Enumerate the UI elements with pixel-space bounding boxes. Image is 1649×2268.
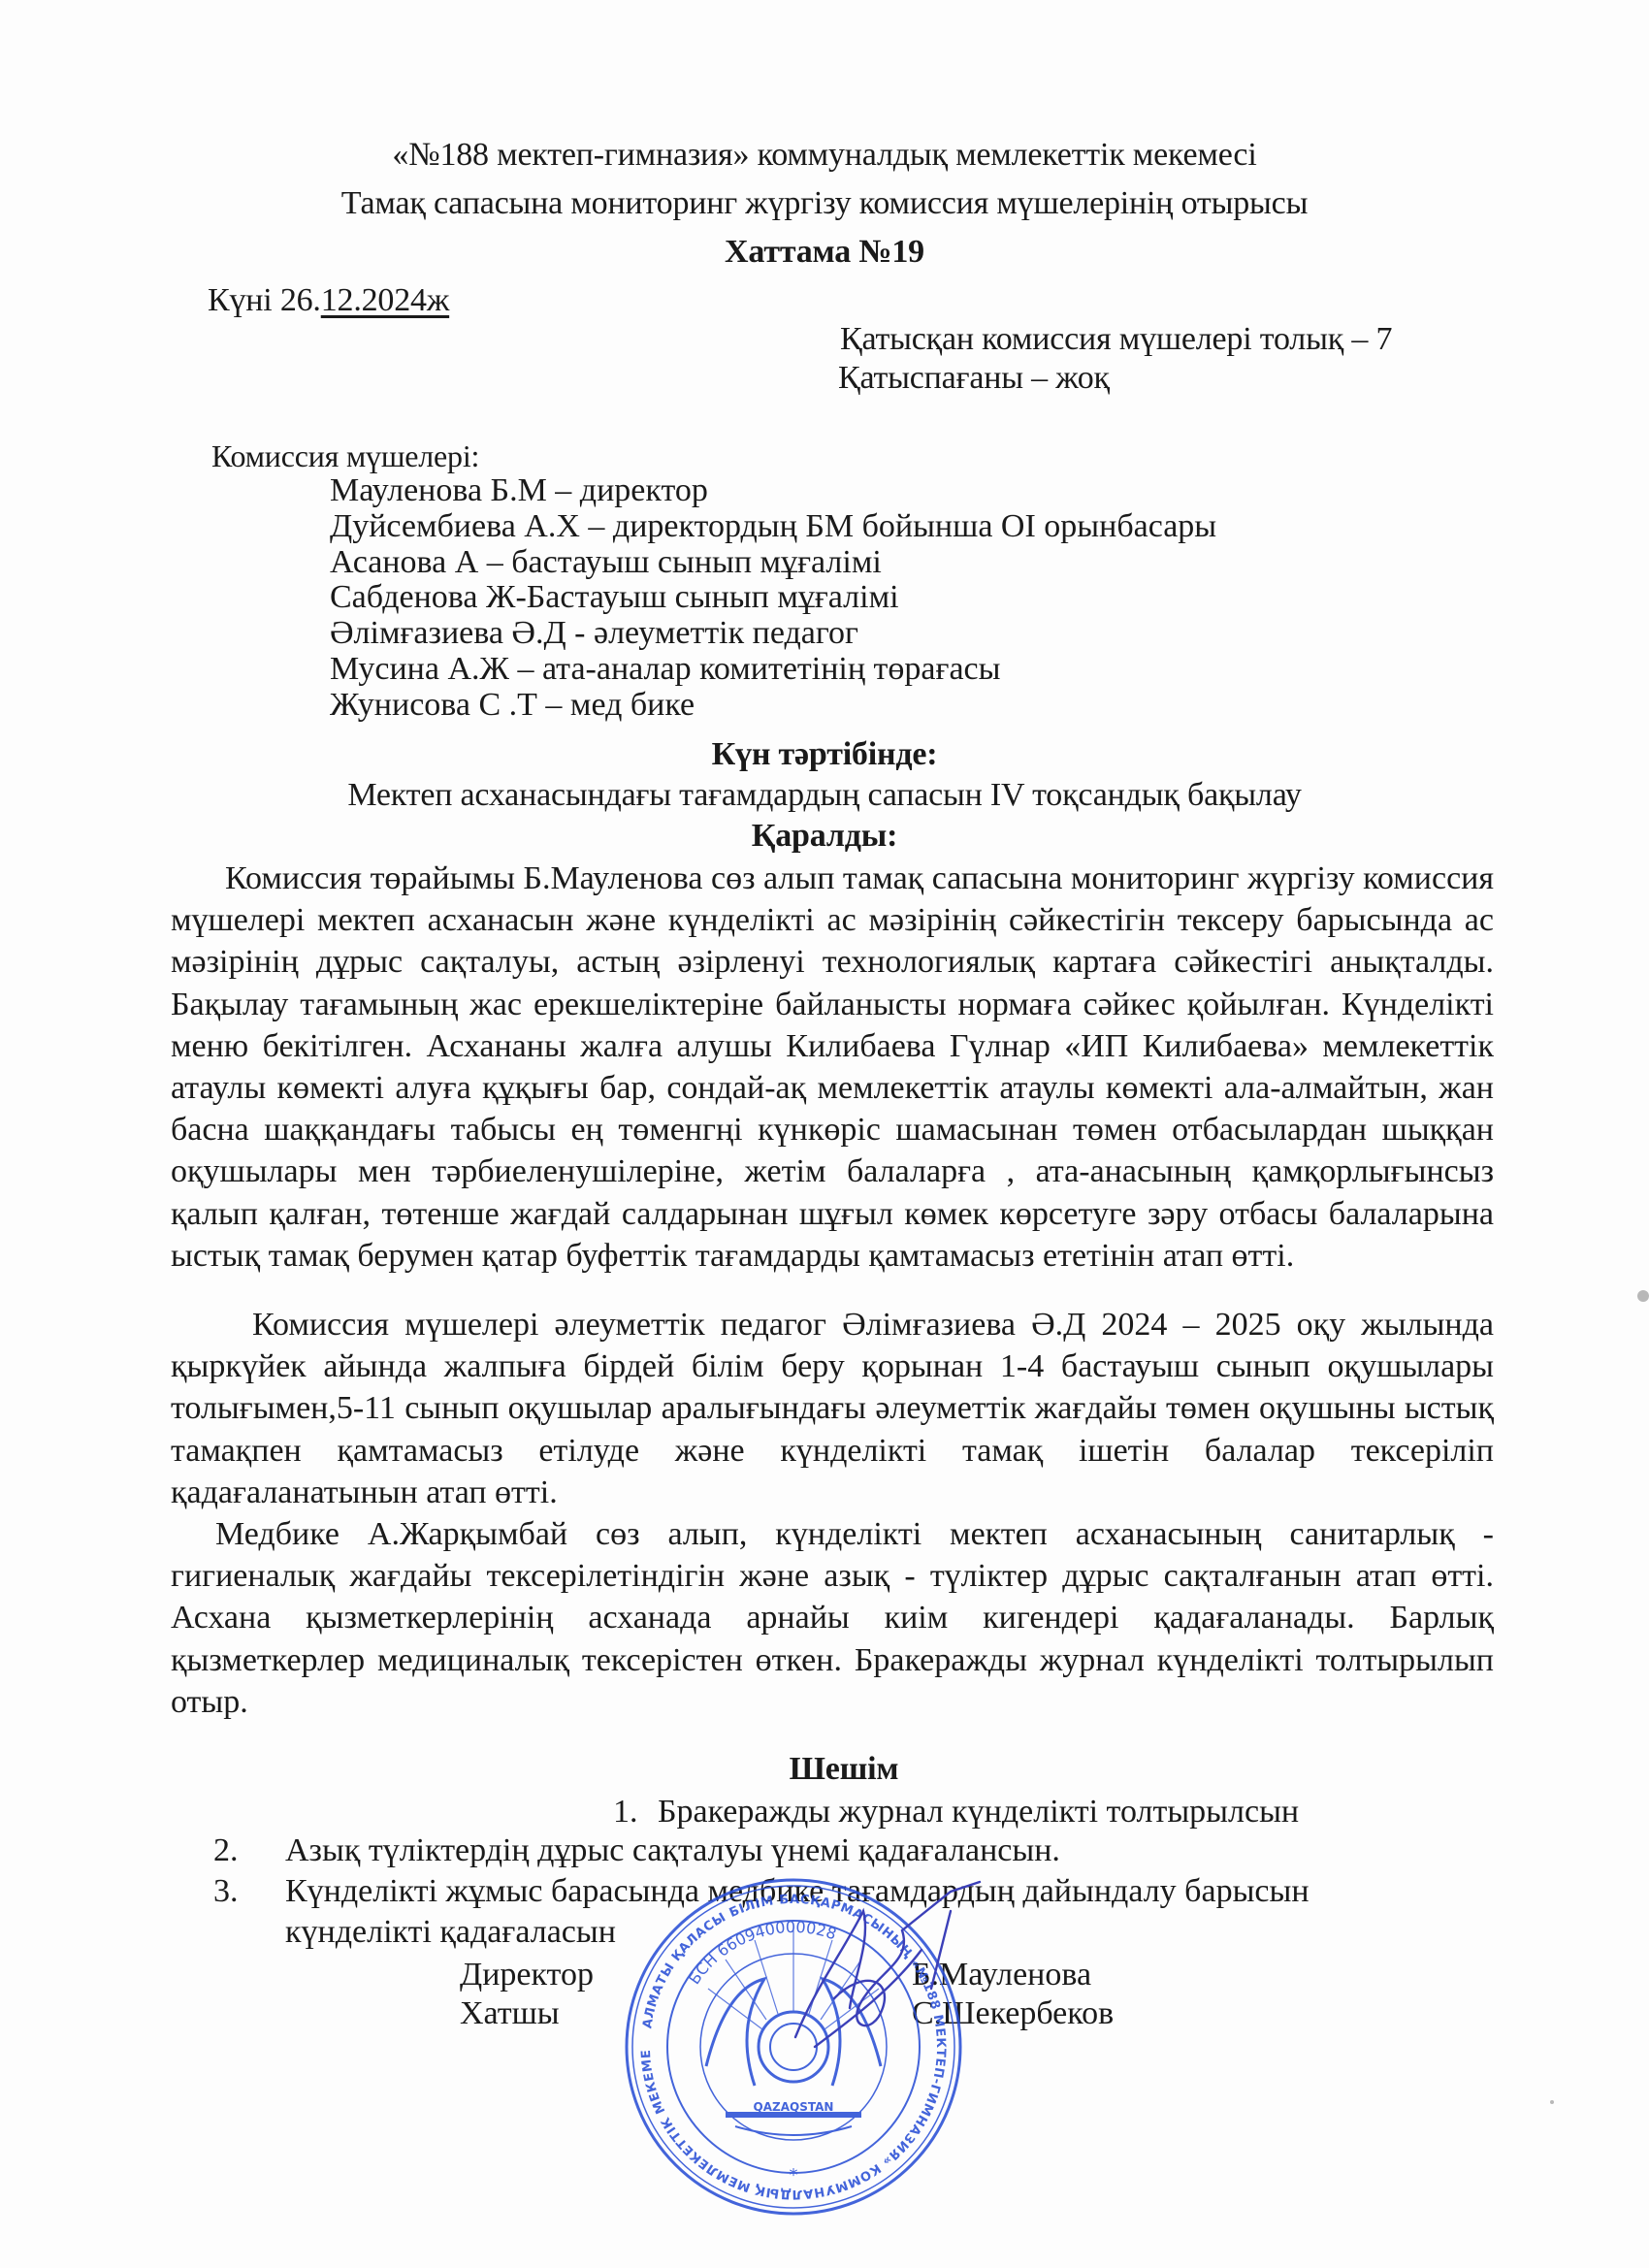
meeting-date: Күні 26.12.2024ж <box>208 281 449 320</box>
svg-text:АЛМАТЫ ҚАЛАСЫ БІЛІМ БАСҚАРМАСЫ: АЛМАТЫ ҚАЛАСЫ БІЛІМ БАСҚАРМАСЫНЫҢ «№188 … <box>619 1872 948 2201</box>
svg-text:БСН 660940000028: БСН 660940000028 <box>685 1918 839 1988</box>
commission-member-list: Мауленова Б.М – директор Дуйсембиева А.Х… <box>330 473 1216 724</box>
decision-item-continuation: күнделікті қадағаласын <box>285 1913 616 1952</box>
considered-paragraph-2: Комиссия мүшелері әлеуметтік педагог Әлі… <box>171 1304 1494 1513</box>
scan-speck <box>1550 2100 1554 2104</box>
director-role: Директор <box>460 1956 594 1994</box>
member-item: Сабденова Ж-Бастауыш сынып мұғалімі <box>330 580 1216 616</box>
member-item: Дуйсембиева А.Х – директордың БМ бойынша… <box>330 509 1216 545</box>
date-prefix: Күні 26. <box>208 282 321 318</box>
secretary-role: Хатшы <box>460 1994 560 2033</box>
official-stamp-icon: АЛМАТЫ ҚАЛАСЫ БІЛІМ БАСҚАРМАСЫНЫҢ «№188 … <box>619 1872 968 2221</box>
considered-paragraph-1: Комиссия төрайымы Б.Мауленова сөз алып т… <box>171 858 1494 1277</box>
agenda-heading: Күн тәртібінде: <box>0 735 1649 774</box>
member-item: Мауленова Б.М – директор <box>330 473 1216 509</box>
absence-count: Қатыспағаны – жоқ <box>838 359 1110 398</box>
meeting-title: Тамақ сапасына мониторинг жүргізу комисс… <box>0 184 1649 223</box>
scan-speck <box>1637 1290 1649 1302</box>
decision-item: 3.Күнделікті жұмыс барасында медбике тағ… <box>213 1872 1309 1911</box>
member-item: Асанова А – бастауыш сынып мұғалімі <box>330 545 1216 581</box>
decision-item: 1.Бракеражды журнал күнделікті толтырылс… <box>613 1793 1299 1831</box>
agenda-text: Мектеп асханасындағы тағамдардың сапасын… <box>0 776 1649 815</box>
svg-text:QAZAQSTAN: QAZAQSTAN <box>754 2100 834 2114</box>
organization-title: «№188 мектеп-гимназия» коммуналдық мемле… <box>0 136 1649 175</box>
commission-heading: Комиссия мүшелері: <box>211 437 479 475</box>
protocol-number: Хаттама №19 <box>0 233 1649 272</box>
secretary-name: С.Шекербеков <box>912 1994 1114 2033</box>
considered-heading: Қаралды: <box>0 817 1649 856</box>
member-item: Әлімғазиева Ә.Д - әлеуметтік педагог <box>330 616 1216 652</box>
director-name: Б.Мауленова <box>912 1956 1091 1994</box>
svg-text:*: * <box>790 2165 798 2186</box>
member-item: Мусина А.Ж – ата-аналар комитетінің төра… <box>330 652 1216 688</box>
date-underlined: 12.2024ж <box>321 282 449 318</box>
attendance-count: Қатысқан комиссия мүшелері толық – 7 <box>840 320 1392 359</box>
considered-paragraph-3: Медбике А.Жарқымбай сөз алып, күнделікті… <box>171 1513 1494 1723</box>
decision-item: 2.Азық түліктердің дұрыс сақталуы үнемі … <box>213 1831 1060 1870</box>
decision-heading: Шешім <box>19 1750 1649 1789</box>
member-item: Жунисова С .Т – мед бике <box>330 688 1216 724</box>
document-page: «№188 мектеп-гимназия» коммуналдық мемле… <box>0 0 1649 2268</box>
